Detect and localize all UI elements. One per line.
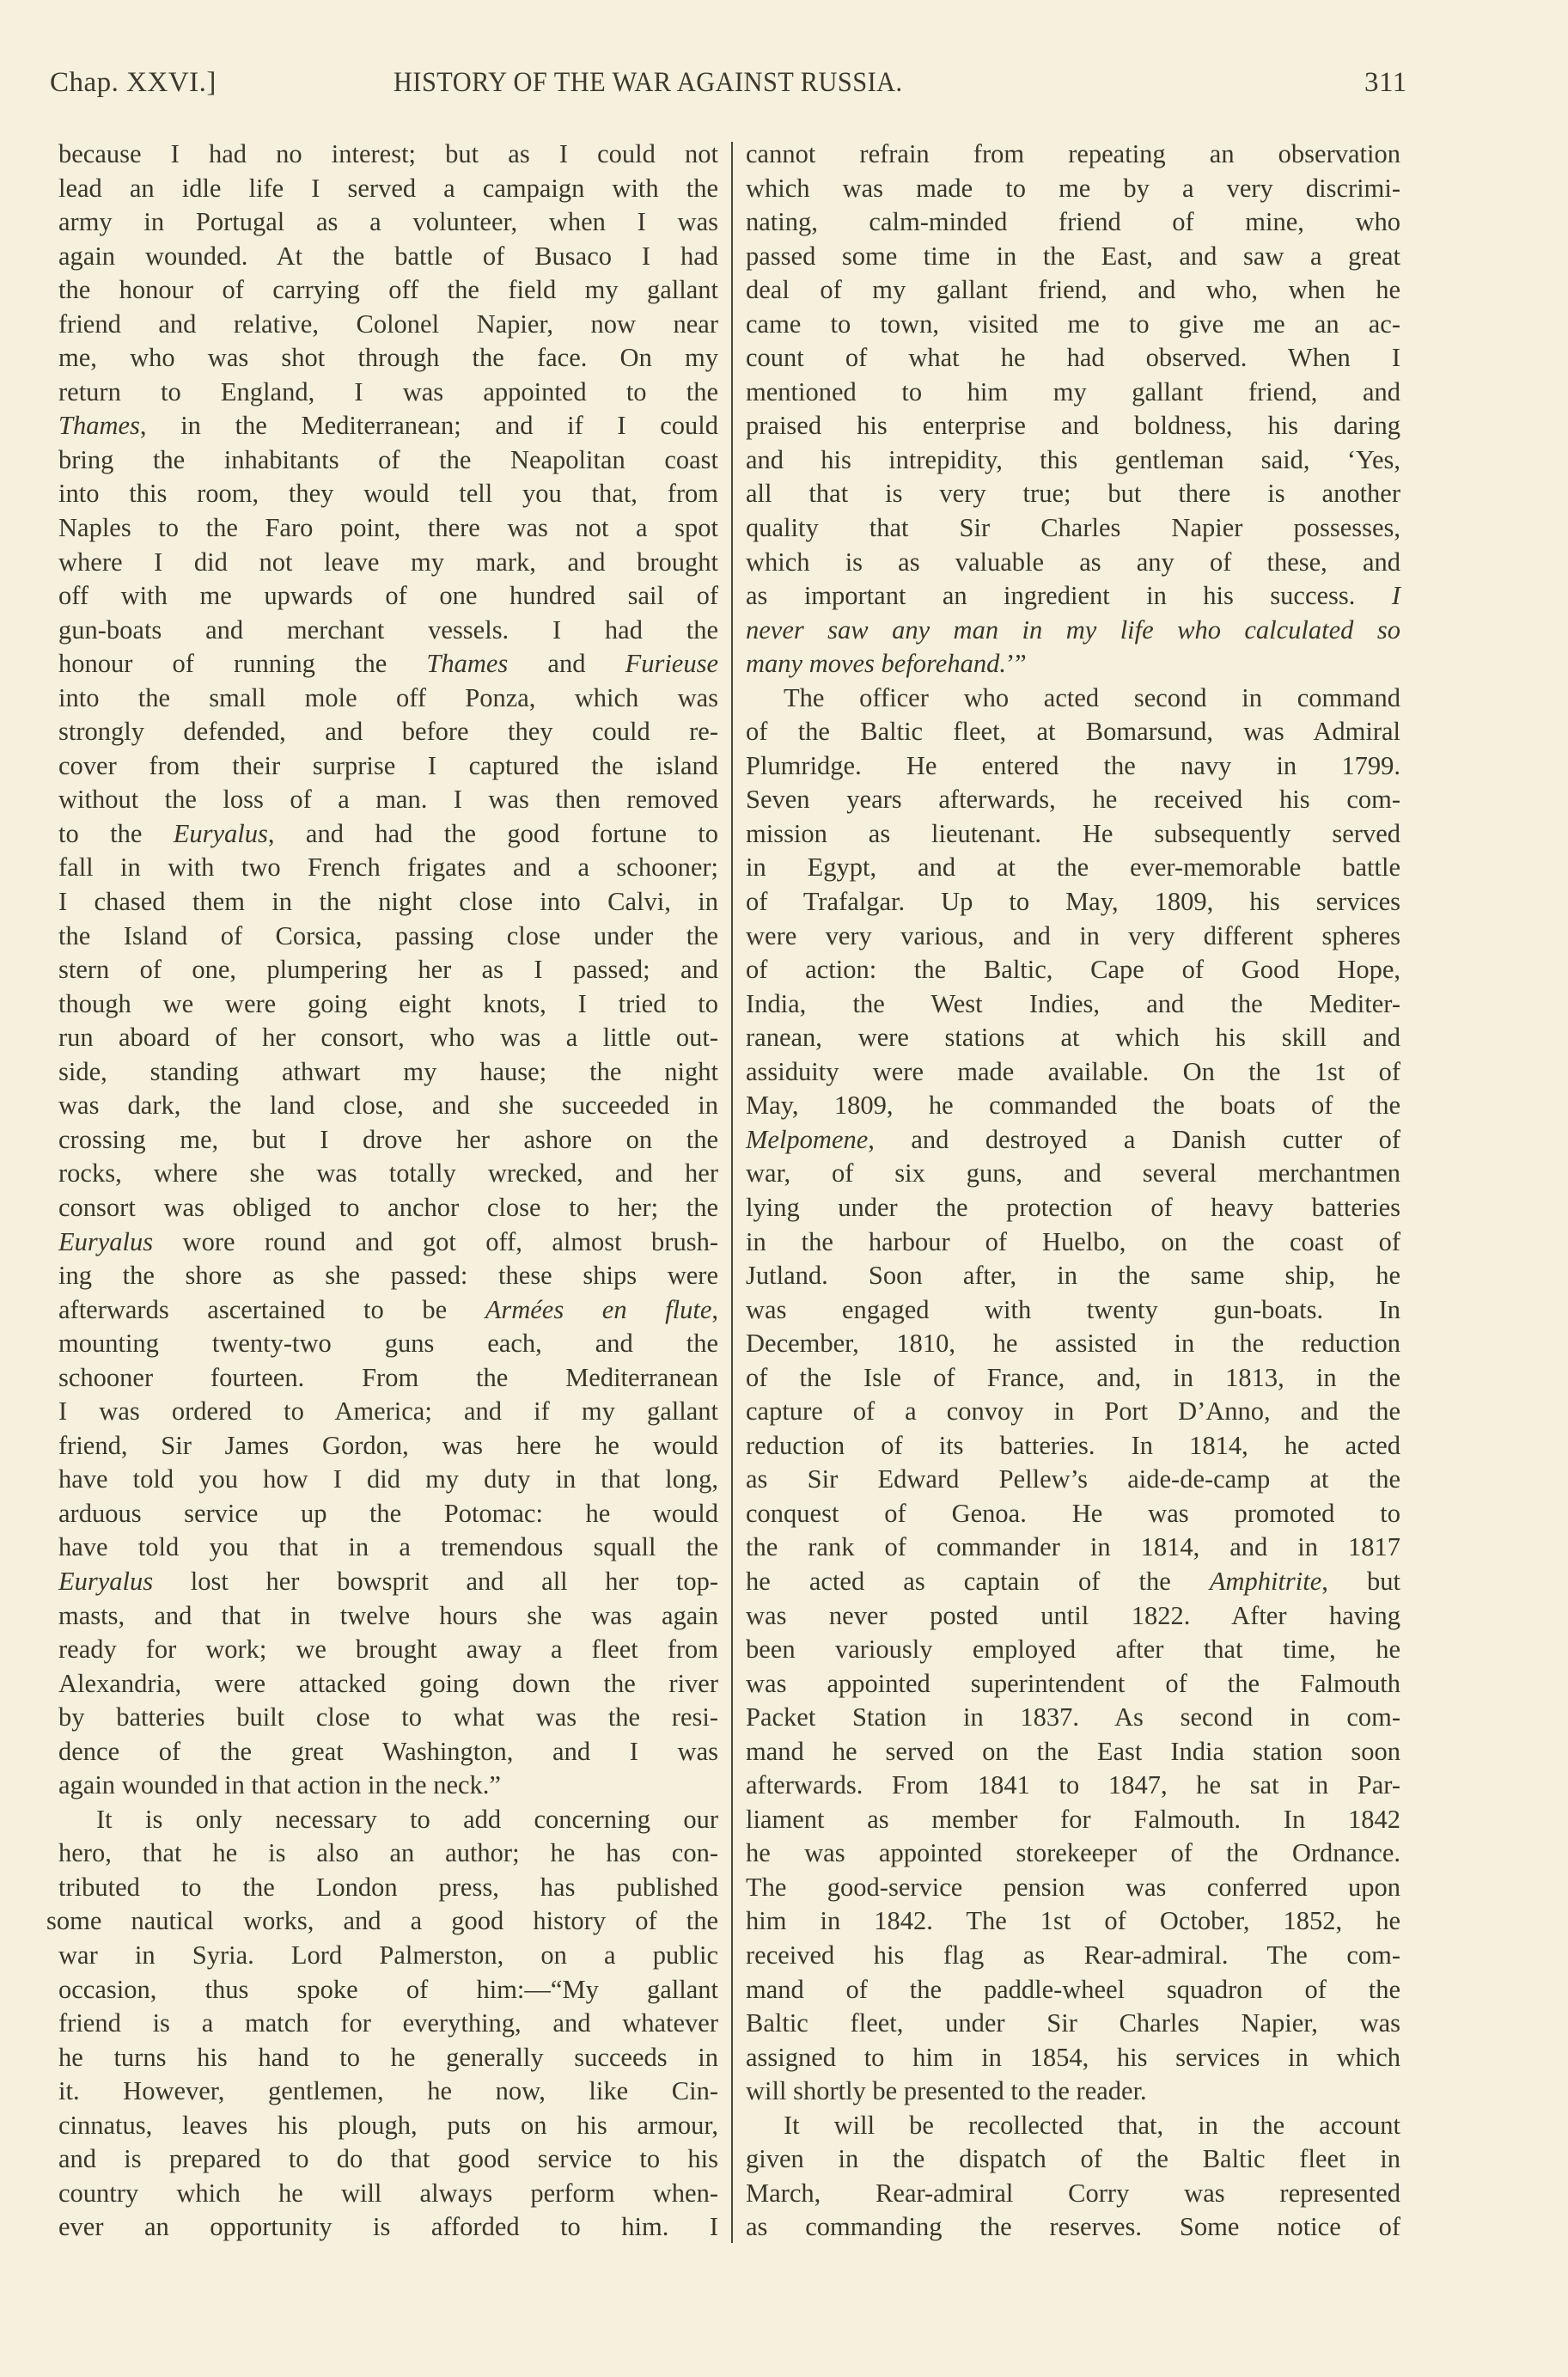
text-line: gun-boats and merchant vessels. I had th… bbox=[58, 614, 718, 648]
text-line: lead an idle life I served a campaign wi… bbox=[58, 172, 718, 206]
text-line: it. However, gentlemen, he now, like Cin… bbox=[58, 2075, 718, 2109]
text-line: run aboard of her consort, who was a lit… bbox=[58, 1021, 718, 1055]
text-line: crossing me, but I drove her ashore on t… bbox=[58, 1123, 718, 1158]
text-line: never saw any man in my life who calcula… bbox=[746, 614, 1400, 648]
text-line: friend is a match for everything, and wh… bbox=[58, 2007, 718, 2041]
text-line: The officer who acted second in command bbox=[746, 681, 1400, 716]
text-line: where I did not leave my mark, and broug… bbox=[58, 546, 718, 580]
text-line: war in Syria. Lord Palmerston, on a publ… bbox=[58, 1939, 718, 1973]
text-line: count of what he had observed. When I bbox=[746, 341, 1400, 376]
text-line: Thames, in the Mediterranean; and if I c… bbox=[58, 409, 718, 443]
text-line: of the Baltic fleet, at Bomarsund, was A… bbox=[746, 715, 1400, 749]
text-line: friend, Sir James Gordon, was here he wo… bbox=[58, 1429, 718, 1463]
text-line: the Island of Corsica, passing close und… bbox=[58, 920, 718, 954]
text-line: cover from their surprise I captured the… bbox=[58, 749, 718, 784]
text-line: masts, and that in twelve hours she was … bbox=[58, 1599, 718, 1634]
text-line: assigned to him in 1854, his services in… bbox=[746, 2041, 1400, 2075]
text-line: hero, that he is also an author; he has … bbox=[58, 1836, 718, 1871]
text-line: afterwards. From 1841 to 1847, he sat in… bbox=[746, 1769, 1400, 1803]
text-line: schooner fourteen. From the Mediterranea… bbox=[58, 1361, 718, 1396]
text-line: India, the West Indies, and the Mediter- bbox=[746, 987, 1400, 1022]
text-line: The good-service pension was conferred u… bbox=[746, 1871, 1400, 1905]
text-line: him in 1842. The 1st of October, 1852, h… bbox=[746, 1904, 1400, 1939]
text-line: received his flag as Rear-admiral. The c… bbox=[746, 1939, 1400, 1973]
text-line: mission as lieutenant. He subsequently s… bbox=[746, 817, 1400, 852]
text-line: Alexandria, were attacked going down the… bbox=[58, 1667, 718, 1702]
text-line: mand he served on the East India station… bbox=[746, 1735, 1400, 1769]
text-line: I chased them in the night close into Ca… bbox=[58, 885, 718, 920]
text-line: and is prepared to do that good service … bbox=[58, 2142, 718, 2177]
text-line: the honour of carrying off the field my … bbox=[58, 273, 718, 308]
text-line: It will be recollected that, in the acco… bbox=[746, 2109, 1400, 2143]
text-line: will shortly be presented to the reader. bbox=[746, 2075, 1400, 2109]
text-line: nating, calm-minded friend of mine, who bbox=[746, 205, 1400, 240]
text-line: bring the inhabitants of the Neapolitan … bbox=[58, 443, 718, 478]
text-line: ever an opportunity is afforded to him. … bbox=[58, 2210, 718, 2245]
text-line: December, 1810, he assisted in the reduc… bbox=[746, 1327, 1400, 1361]
text-line: friend and relative, Colonel Napier, now… bbox=[58, 308, 718, 342]
text-line: conquest of Genoa. He was promoted to bbox=[746, 1497, 1400, 1531]
text-line: ready for work; we brought away a fleet … bbox=[58, 1633, 718, 1667]
page-number: 311 bbox=[1364, 67, 1407, 99]
text-line: was dark, the land close, and she succee… bbox=[58, 1089, 718, 1123]
text-line: rocks, where she was totally wrecked, an… bbox=[58, 1157, 718, 1191]
text-line: capture of a convoy in Port D’Anno, and … bbox=[746, 1395, 1400, 1429]
text-line: was never posted until 1822. After havin… bbox=[746, 1599, 1400, 1634]
text-line: have told you that in a tremendous squal… bbox=[58, 1531, 718, 1565]
text-line: passed some time in the East, and saw a … bbox=[746, 240, 1400, 274]
text-line: of Trafalgar. Up to May, 1809, his servi… bbox=[746, 885, 1400, 920]
text-line: as commanding the reserves. Some notice … bbox=[746, 2210, 1400, 2245]
text-line: It is only necessary to add concerning o… bbox=[58, 1803, 718, 1837]
text-line: mentioned to him my gallant friend, and bbox=[746, 376, 1400, 410]
text-line: Melpomene, and destroyed a Danish cutter… bbox=[746, 1123, 1400, 1158]
text-line: into this room, they would tell you that… bbox=[58, 477, 718, 511]
text-line: return to England, I was appointed to th… bbox=[58, 376, 718, 410]
text-line: as important an ingredient in his succes… bbox=[746, 579, 1400, 614]
text-line: was engaged with twenty gun-boats. In bbox=[746, 1293, 1400, 1328]
text-line: quality that Sir Charles Napier possesse… bbox=[746, 511, 1400, 546]
text-line: ranean, were stations at which his skill… bbox=[746, 1021, 1400, 1055]
right-column: cannot refrain from repeating an observa… bbox=[746, 137, 1400, 2245]
text-line: Packet Station in 1837. As second in com… bbox=[746, 1701, 1400, 1735]
text-line: the rank of commander in 1814, and in 18… bbox=[746, 1531, 1400, 1565]
text-line: tributed to the London press, has publis… bbox=[58, 1871, 718, 1905]
text-line: he turns his hand to he generally succee… bbox=[58, 2041, 718, 2075]
text-line: March, Rear-admiral Corry was represente… bbox=[746, 2177, 1400, 2211]
text-line: mounting twenty-two guns each, and the bbox=[58, 1327, 718, 1361]
column-divider bbox=[731, 142, 733, 2243]
running-header: Chap. XXVI.] HISTORY OF THE WAR AGAINST … bbox=[50, 67, 1433, 110]
text-line: came to town, visited me to give me an a… bbox=[746, 308, 1400, 342]
text-line: cinnatus, leaves his plough, puts on his… bbox=[58, 2109, 718, 2143]
text-line: because I had no interest; but as I coul… bbox=[58, 137, 718, 172]
text-line: war, of six guns, and several merchantme… bbox=[746, 1157, 1400, 1191]
text-line: and his intrepidity, this gentleman said… bbox=[746, 443, 1400, 478]
text-line: all that is very true; but there is anot… bbox=[746, 477, 1400, 511]
text-line: afterwards ascertained to be Armées en f… bbox=[58, 1293, 718, 1328]
left-column: because I had no interest; but as I coul… bbox=[58, 137, 718, 2245]
text-line: praised his enterprise and boldness, his… bbox=[746, 409, 1400, 443]
text-line: occasion, thus spoke of him:—“My gallant bbox=[58, 1973, 718, 2007]
text-line: strongly defended, and before they could… bbox=[58, 715, 718, 749]
text-line: Jutland. Soon after, in the same ship, h… bbox=[746, 1259, 1400, 1293]
text-line: arduous service up the Potomac: he would bbox=[58, 1497, 718, 1531]
text-line: as Sir Edward Pellew’s aide-de-camp at t… bbox=[746, 1463, 1400, 1497]
text-line: assiduity were made available. On the 1s… bbox=[746, 1055, 1400, 1090]
text-line: in the harbour of Huelbo, on the coast o… bbox=[746, 1225, 1400, 1260]
text-line: to the Euryalus, and had the good fortun… bbox=[58, 817, 718, 852]
text-line: dence of the great Washington, and I was bbox=[58, 1735, 718, 1769]
text-line: some nautical works, and a good history … bbox=[46, 1904, 718, 1939]
text-line: side, standing athwart my hause; the nig… bbox=[58, 1055, 718, 1090]
text-line: by batteries built close to what was the… bbox=[58, 1701, 718, 1735]
text-line: into the small mole off Ponza, which was bbox=[58, 681, 718, 716]
text-line: country which he will always perform whe… bbox=[58, 2177, 718, 2211]
text-line: honour of running the Thames and Furieus… bbox=[58, 647, 718, 681]
text-line: Euryalus wore round and got off, almost … bbox=[58, 1225, 718, 1260]
text-line: I was ordered to America; and if my gall… bbox=[58, 1395, 718, 1429]
text-line: deal of my gallant friend, and who, when… bbox=[746, 273, 1400, 308]
text-line: mand of the paddle-wheel squadron of the bbox=[746, 1973, 1400, 2007]
text-line: army in Portugal as a volunteer, when I … bbox=[58, 205, 718, 240]
text-line: May, 1809, he commanded the boats of the bbox=[746, 1089, 1400, 1123]
text-line: many moves beforehand.’” bbox=[746, 647, 1400, 681]
text-line: Euryalus lost her bowsprit and all her t… bbox=[58, 1565, 718, 1599]
text-line: Seven years afterwards, he received his … bbox=[746, 783, 1400, 817]
text-line: been variously employed after that time,… bbox=[746, 1633, 1400, 1667]
chapter-label: Chap. XXVI.] bbox=[50, 67, 217, 99]
text-line: which was made to me by a very discrimi- bbox=[746, 172, 1400, 206]
text-line: he acted as captain of the Amphitrite, b… bbox=[746, 1565, 1400, 1599]
text-line: was appointed superintendent of the Falm… bbox=[746, 1667, 1400, 1702]
text-line: in Egypt, and at the ever-memorable batt… bbox=[746, 851, 1400, 885]
text-line: were very various, and in very different… bbox=[746, 920, 1400, 954]
text-line: of the Isle of France, and, in 1813, in … bbox=[746, 1361, 1400, 1396]
text-line: have told you how I did my duty in that … bbox=[58, 1463, 718, 1497]
text-line: cannot refrain from repeating an observa… bbox=[746, 137, 1400, 172]
text-line: again wounded. At the battle of Busaco I… bbox=[58, 240, 718, 274]
text-line: Plumridge. He entered the navy in 1799. bbox=[746, 749, 1400, 784]
text-line: fall in with two French frigates and a s… bbox=[58, 851, 718, 885]
text-line: lying under the protection of heavy batt… bbox=[746, 1191, 1400, 1225]
text-line: again wounded in that action in the neck… bbox=[58, 1769, 718, 1803]
running-title: HISTORY OF THE WAR AGAINST RUSSIA. bbox=[394, 67, 903, 99]
text-line: of action: the Baltic, Cape of Good Hope… bbox=[746, 953, 1400, 987]
text-line: reduction of its batteries. In 1814, he … bbox=[746, 1429, 1400, 1463]
text-line: Naples to the Faro point, there was not … bbox=[58, 511, 718, 546]
text-line: off with me upwards of one hundred sail … bbox=[58, 579, 718, 614]
text-line: which is as valuable as any of these, an… bbox=[746, 546, 1400, 580]
text-line: stern of one, plumpering her as I passed… bbox=[58, 953, 718, 987]
text-line: Baltic fleet, under Sir Charles Napier, … bbox=[746, 2007, 1400, 2041]
text-line: though we were going eight knots, I trie… bbox=[58, 987, 718, 1022]
text-line: he was appointed storekeeper of the Ordn… bbox=[746, 1836, 1400, 1871]
text-line: ing the shore as she passed: these ships… bbox=[58, 1259, 718, 1293]
text-line: consort was obliged to anchor close to h… bbox=[58, 1191, 718, 1225]
text-line: given in the dispatch of the Baltic flee… bbox=[746, 2142, 1400, 2177]
text-line: liament as member for Falmouth. In 1842 bbox=[746, 1803, 1400, 1837]
text-line: me, who was shot through the face. On my bbox=[58, 341, 718, 376]
text-line: without the loss of a man. I was then re… bbox=[58, 783, 718, 817]
